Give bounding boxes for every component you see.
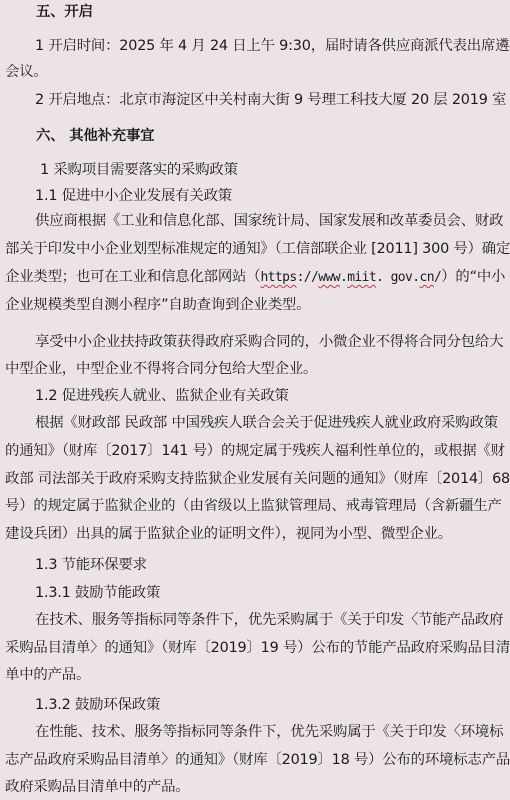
opening-time-line1: 1 开启时间：2025 年 4 月 24 日上午 9:30，届时请各供应商派代表… (35, 34, 510, 59)
paragraph-disabled-line4: 号）的规定属于监狱企业的（由省级以上监狱管理局、戒毒管理局（含新疆生产 (5, 494, 502, 519)
paragraph-disabled-line1: 根据《财政部 民政部 中国残疾人联合会关于促进残疾人就业政府采购政策 (35, 411, 498, 436)
subheading-energy-saving: 1.3.1 鼓励节能政策 (35, 581, 160, 606)
paragraph-sme-line4: 企业规模类型自测小程序”自助查询到企业类型。 (5, 293, 310, 318)
paragraph-sme-line1: 供应商根据《工业和信息化部、国家统计局、国家发展和改革委员会、财政 (35, 209, 503, 234)
url-gov: . gov. (376, 270, 419, 285)
url-separator: :// (297, 270, 319, 285)
section-heading-opening: 五、开启 (36, 0, 93, 25)
paragraph-environmental-line1: 在性能、技术、服务等指标同等条件下，优先采购属于《关于印发〈环境标 (35, 720, 503, 745)
paragraph-subcontract-line2: 中型企业，中型企业不得将合同分包给大型企业。 (5, 357, 317, 382)
paragraph-energy-line2: 采购品目清单〉的通知》（财库〔2019〕19 号）公布的节能产品政府采购品目清 (5, 636, 510, 661)
opening-location: 2 开启地点：北京市海淀区中关村南大街 9 号理工科技大厦 20 层 2019 … (35, 88, 506, 113)
subheading-procurement-policy: 1 采购项目需要落实的采购政策 (40, 158, 238, 183)
paragraph-sme-line3-text: 企业类型；也可在工业和信息化部网站（ (5, 269, 260, 285)
subheading-energy-environment: 1.3 节能环保要求 (35, 553, 147, 578)
opening-time-line2: 会议。 (5, 60, 48, 85)
url-scheme: https (260, 270, 296, 285)
paragraph-sme-line3-end: ）的“中小 (441, 269, 505, 285)
paragraph-environmental-line3: 政府采购品目清单中的产品。 (5, 775, 189, 800)
paragraph-environmental-line2: 志产品政府采购品目清单〉的通知》（财库〔2019〕18 号）公布的环境标志产品 (5, 748, 510, 773)
paragraph-disabled-line2: 的通知》（财库〔2017〕141 号）的规定属于残疾人福利性单位的，或根据《财 (5, 439, 505, 464)
section-heading-supplementary: 六、 其他补充事宜 (36, 124, 154, 149)
url-www: www (318, 270, 340, 285)
paragraph-energy-line3: 单中的产品。 (5, 663, 90, 688)
paragraph-sme-line2: 部关于印发中小企业划型标准规定的通知》（工信部联企业 [2011] 300 号）… (5, 237, 510, 262)
paragraph-disabled-line3: 政部 司法部关于政府采购支持监狱企业发展有关问题的通知》（财库〔2014〕68 (5, 467, 510, 492)
miit-url-link[interactable]: https://www.miit. gov.cn/ (260, 270, 441, 285)
url-miit: miit (347, 270, 376, 285)
subheading-environmental: 1.3.2 鼓励环保政策 (35, 693, 160, 718)
paragraph-disabled-line5: 建设兵团）出具的属于监狱企业的证明文件），视同为小型、微型企业。 (5, 522, 452, 547)
url-cn: cn (419, 270, 433, 285)
paragraph-subcontract-line1: 享受中小企业扶持政策获得政府采购合同的，小微企业不得将合同分包给大 (35, 330, 503, 355)
paragraph-energy-line1: 在技术、服务等指标同等条件下，优先采购属于《关于印发〈节能产品政府 (35, 608, 503, 633)
subheading-disabled-prison-policy: 1.2 促进残疾人就业、监狱企业有关政策 (35, 384, 289, 409)
paragraph-sme-line3: 企业类型；也可在工业和信息化部网站（https://www.miit. gov.… (5, 265, 505, 290)
subheading-sme-policy: 1.1 促进中小企业发展有关政策 (35, 184, 232, 209)
